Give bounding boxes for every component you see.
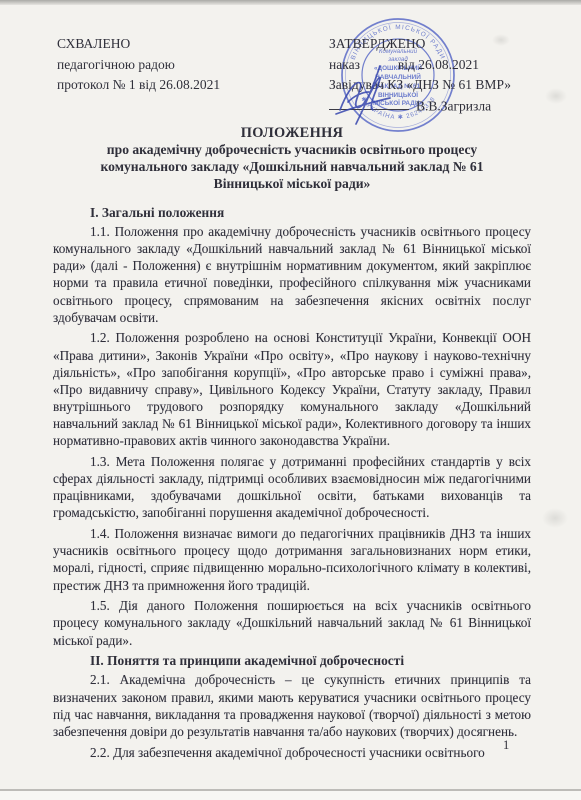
scan-smudge (542, 508, 568, 528)
paragraph-1-5: 1.5. Дія даного Положення поширюється на… (53, 597, 531, 648)
approved-block: СХВАЛЕНО педагогічною радою протокол № 1… (57, 34, 220, 96)
paragraph-2-2: 2.2. Для забезпечення академічної доброч… (53, 744, 531, 761)
page-number: 1 (503, 738, 509, 753)
paragraph-2-1: 2.1. Академічна доброчесність – це сукуп… (53, 671, 531, 740)
approved-by: педагогічною радою (57, 55, 220, 76)
document-body: ПОЛОЖЕННЯ про академічну доброчесність у… (53, 124, 531, 764)
document-subtitle-line-2: комунального закладу «Дошкільний навчаль… (53, 159, 531, 176)
paragraph-1-3: 1.3. Мета Положення полягає у дотриманні… (53, 453, 531, 522)
approved-protocol: протокол № 1 від 26.08.2021 (57, 75, 220, 96)
scan-edge-bottom-light (0, 791, 581, 800)
document-title: ПОЛОЖЕННЯ (53, 124, 531, 142)
scan-edge-top (0, 0, 581, 5)
scan-smudge (545, 88, 567, 104)
document-subtitle-line-3: Вінницької міської ради» (53, 176, 531, 193)
signature-scribble (322, 52, 432, 132)
section-2-heading: ІІ. Поняття та принципи академічної добр… (53, 652, 531, 669)
document-subtitle-line-1: про академічну доброчесність учасників о… (53, 142, 531, 159)
paragraph-1-4: 1.4. Положення визначає вимоги до педаго… (53, 525, 531, 594)
scanned-document-page: ВІННИЦЬКОЇ МІСЬКОЇ РАДИ ✱ УКРАЇНА ✱ 2624… (0, 0, 581, 800)
approved-word: СХВАЛЕНО (57, 34, 220, 55)
section-1-heading: І. Загальні положення (53, 204, 531, 221)
paragraph-1-1: 1.1. Положення про академічну доброчесні… (53, 223, 531, 326)
paragraph-1-2: 1.2. Положення розроблено на основі Конс… (53, 329, 531, 449)
